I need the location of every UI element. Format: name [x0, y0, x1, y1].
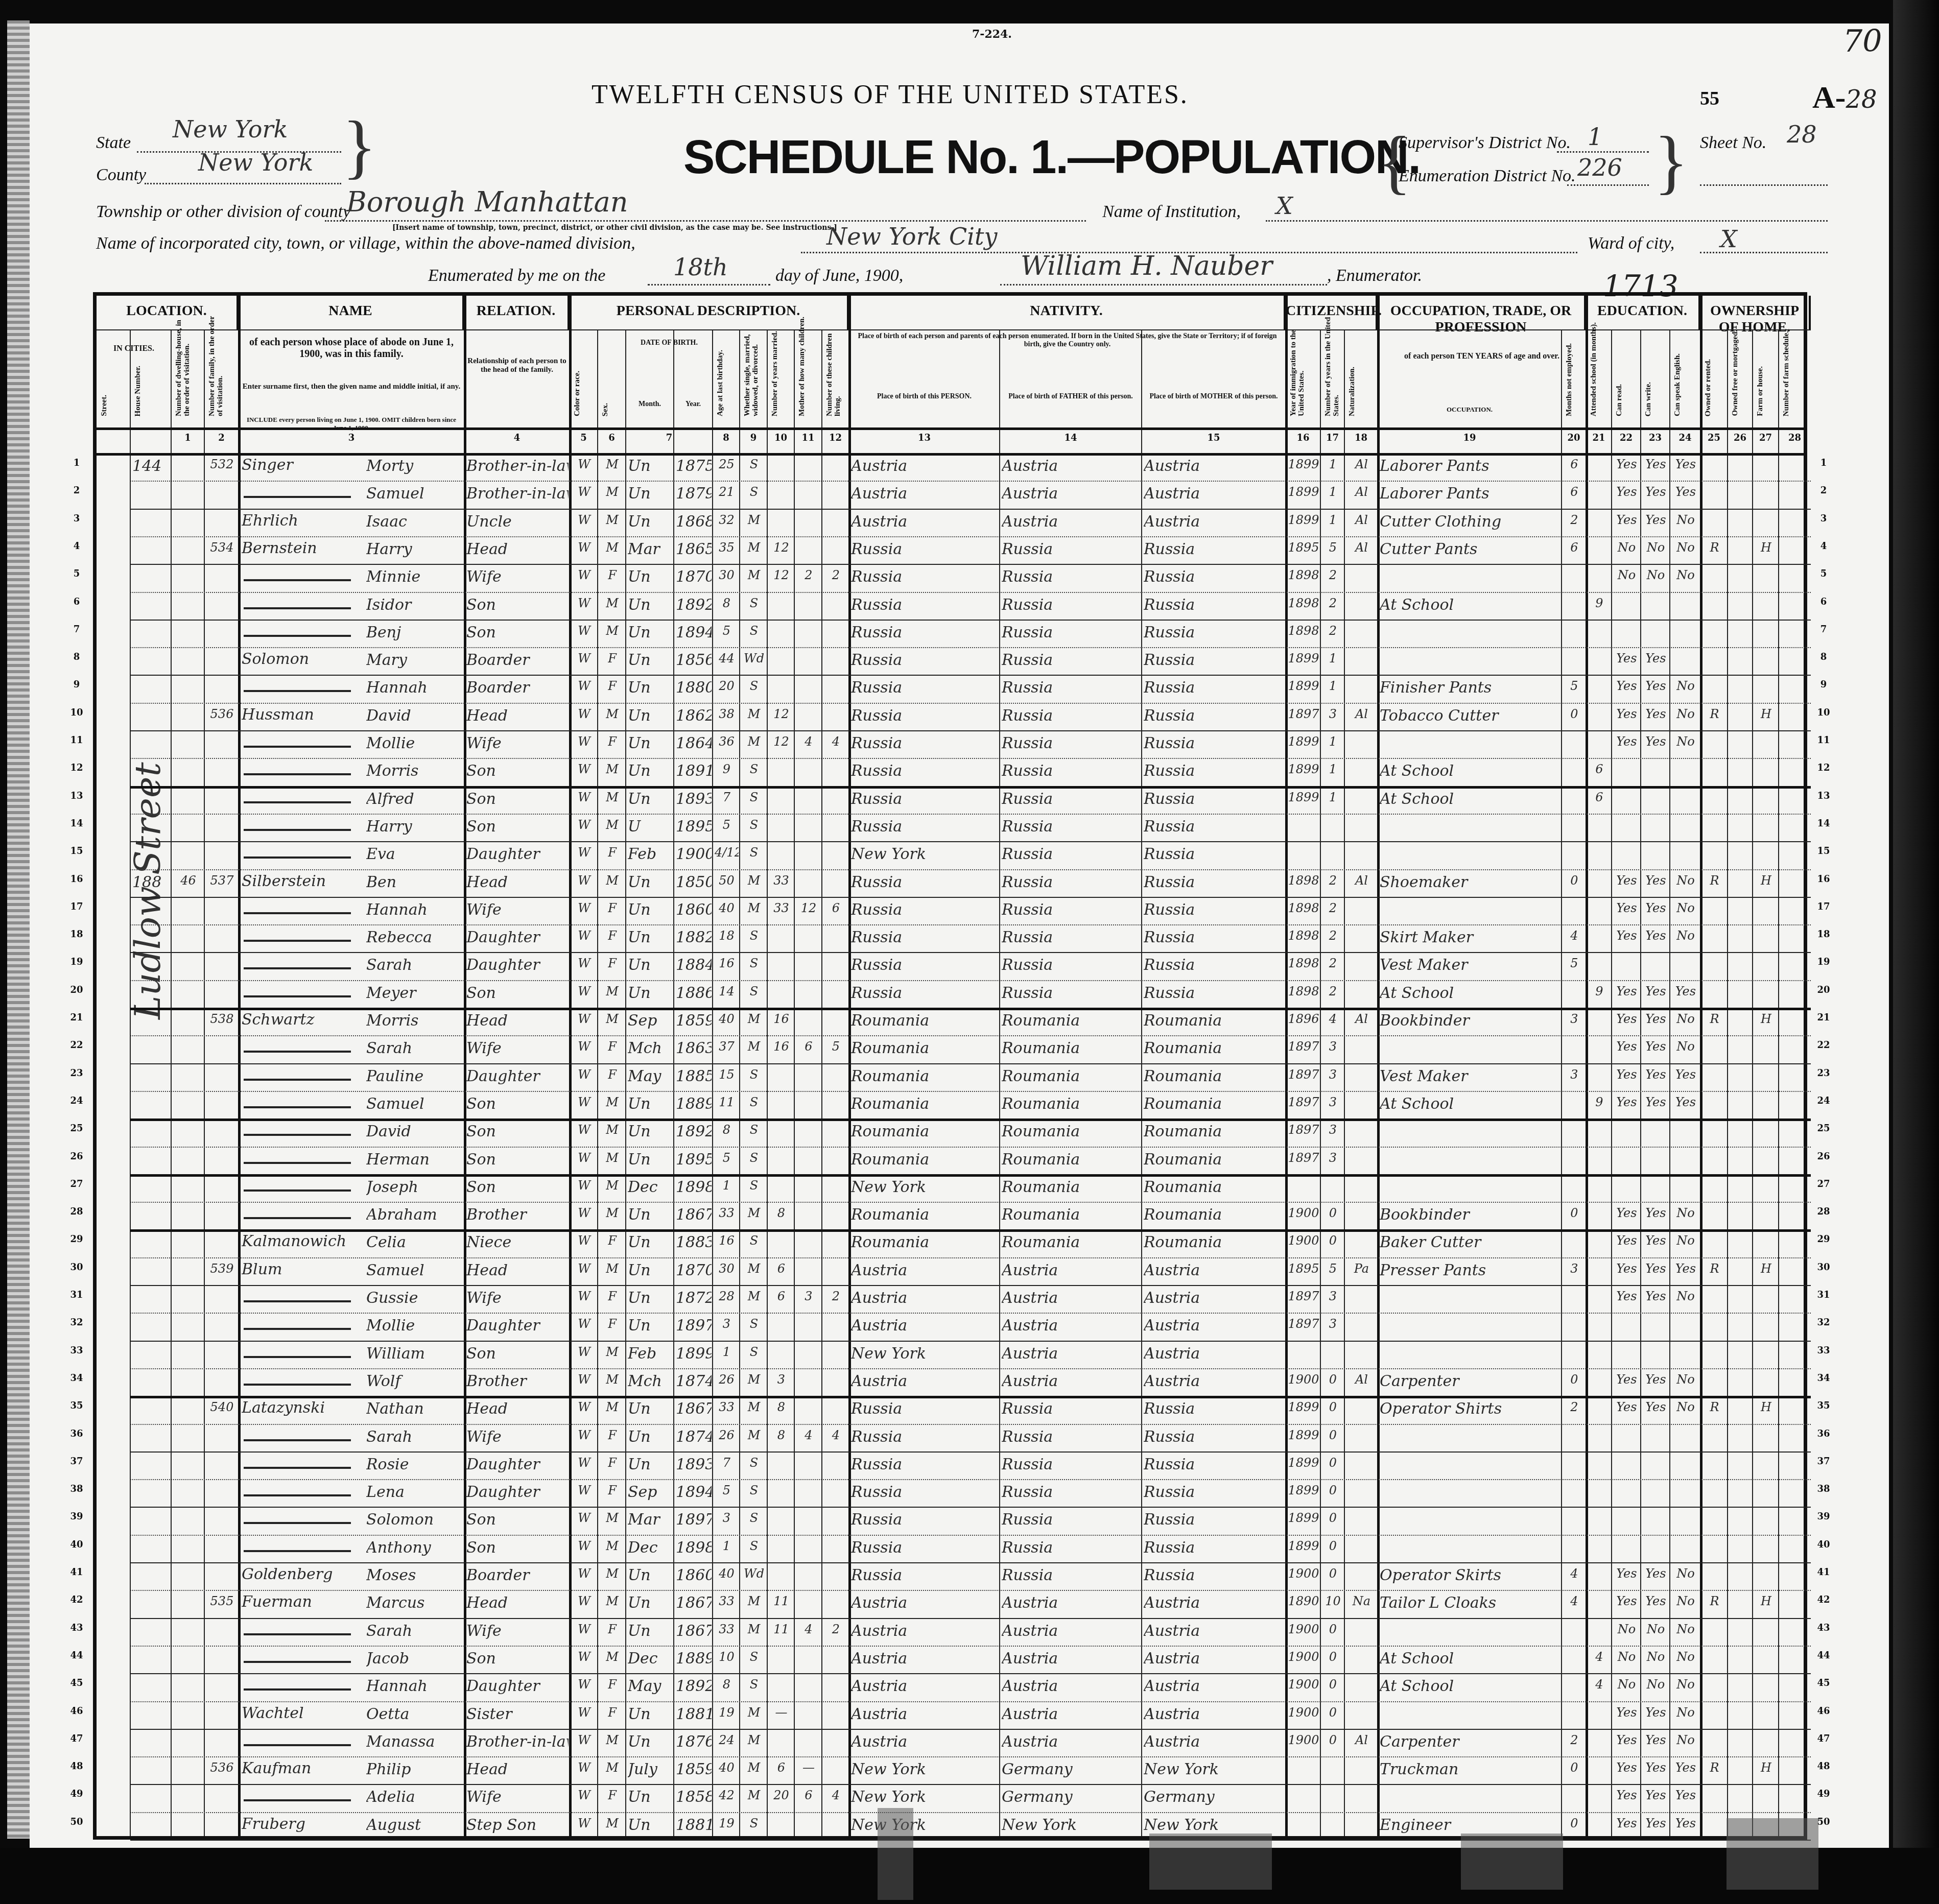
- column-number: 11: [794, 433, 822, 443]
- cell-given-name: Isidor: [366, 596, 463, 614]
- page-binding-edge: [7, 20, 30, 1839]
- surname-ditto-dash: [244, 967, 351, 969]
- cell-given-name: Philip: [366, 1760, 463, 1778]
- cell-col: W: [572, 873, 597, 888]
- cell-cl: 5: [824, 1039, 848, 1054]
- cell-bf: Austria: [1002, 457, 1141, 475]
- cell-rd: Yes: [1614, 901, 1640, 915]
- cell-yus: 1: [1322, 734, 1343, 749]
- table-row[interactable]: SonWMUn188614SRussiaRussiaRussia18982At …: [97, 980, 1804, 1008]
- table-row[interactable]: DaughterWFMay18928SAustriaAustriaAustria…: [97, 1673, 1804, 1701]
- table-row[interactable]: SonWMMar18973SRussiaRussiaRussia18990Sol…: [97, 1507, 1804, 1534]
- cell-col: W: [572, 1095, 597, 1109]
- cell-en: No: [1672, 1733, 1699, 1747]
- row-number: 27: [1813, 1179, 1834, 1189]
- table-row[interactable]: 538HeadWMSep185940M16RoumaniaRoumaniaRou…: [97, 1008, 1804, 1035]
- cell-surname: Blum: [242, 1260, 359, 1278]
- cell-given-name: Pauline: [366, 1067, 463, 1085]
- column-header-own: Owned or rented.: [1705, 359, 1723, 416]
- table-row[interactable]: WifeWFUn187426M844RussiaRussiaRussia1899…: [97, 1424, 1804, 1451]
- table-row[interactable]: DaughterWFMay188515SRoumaniaRoumaniaRoum…: [97, 1063, 1804, 1091]
- table-row[interactable]: 539HeadWMUn187030M6AustriaAustriaAustria…: [97, 1257, 1804, 1285]
- row-number: 46: [1813, 1706, 1834, 1717]
- birth-mother-header: Place of birth of MOTHER of this person.: [1145, 393, 1283, 401]
- cell-given-name: Morty: [366, 457, 463, 475]
- cell-mo: Feb: [628, 845, 673, 863]
- cell-yr: 1860: [676, 901, 712, 919]
- cell-rd: Yes: [1614, 1012, 1640, 1026]
- table-row[interactable]: SonWMUn18937SRussiaRussiaRussia18991At S…: [97, 786, 1804, 814]
- cell-surname: Kaufman: [242, 1759, 359, 1777]
- row-number: 9: [66, 679, 87, 690]
- cell-rd: Yes: [1614, 1206, 1640, 1220]
- cell-bm: Russia: [1144, 1456, 1285, 1473]
- cell-imm: 1899: [1288, 679, 1319, 693]
- cell-imm: 1899: [1288, 485, 1319, 499]
- cell-sch: 9: [1588, 1095, 1611, 1109]
- cell-age: 40: [715, 1566, 739, 1581]
- cell-age: 16: [715, 1233, 739, 1248]
- cell-age: 3: [715, 1511, 739, 1525]
- table-row[interactable]: SonWMFeb18991SNew YorkAustriaAustriaWill…: [97, 1341, 1804, 1368]
- cell-sex: M: [600, 1151, 625, 1165]
- cell-yr: 1894: [676, 624, 712, 641]
- cell-imm: 1895: [1288, 1262, 1319, 1276]
- cell-surname: Hussman: [242, 706, 359, 724]
- table-row[interactable]: DaughterWFUn188218SRussiaRussiaRussia189…: [97, 924, 1804, 952]
- cell-yus: 1: [1322, 485, 1343, 499]
- column-number: 27: [1753, 433, 1779, 443]
- cell-rel: Son: [466, 790, 569, 808]
- cell-bm: Roumania: [1144, 1067, 1285, 1085]
- cell-mo: Un: [628, 596, 673, 614]
- cell-ym: 6: [769, 1760, 793, 1775]
- cell-rel: Head: [466, 1400, 569, 1418]
- table-row[interactable]: DaughterWFFeb19004/12SNew YorkRussiaRuss…: [97, 841, 1804, 869]
- cell-bf: Russia: [1002, 540, 1141, 558]
- sheet-label: Sheet No.: [1700, 133, 1766, 153]
- cell-rel: Niece: [466, 1233, 569, 1251]
- cell-ms: S: [742, 1233, 766, 1248]
- cell-given-name: Lena: [366, 1483, 463, 1501]
- cell-yus: 0: [1322, 1733, 1343, 1747]
- row-number: 17: [1813, 901, 1834, 912]
- cell-nat: Al: [1346, 1372, 1377, 1387]
- table-row[interactable]: SonWMUn18955SRoumaniaRoumaniaRoumania189…: [97, 1147, 1804, 1174]
- column-header-age: Age at last birthday.: [717, 350, 736, 416]
- cell-given-name: August: [366, 1816, 463, 1834]
- surname-ditto-dash: [244, 1522, 351, 1524]
- table-row[interactable]: SonWMUn18928SRoumaniaRoumaniaRoumania189…: [97, 1118, 1804, 1146]
- month-header: Month.: [629, 400, 671, 409]
- column-group-header: RELATION.: [464, 296, 570, 329]
- cell-col: W: [572, 929, 597, 943]
- enumerated-suffix: day of June, 1900,: [775, 266, 903, 285]
- cell-yr: 1860: [676, 1566, 712, 1584]
- row-number: 44: [66, 1650, 87, 1661]
- cell-sch: 9: [1588, 984, 1611, 998]
- district-brace-right: }: [1654, 121, 1688, 203]
- row-number: 8: [66, 652, 87, 662]
- cell-col: W: [572, 1539, 597, 1553]
- table-row[interactable]: DaughterWFUn18937SRussiaRussiaRussia1899…: [97, 1451, 1804, 1479]
- cell-wr: No: [1643, 540, 1669, 555]
- township-line: [325, 220, 1086, 222]
- row-number: 21: [1813, 1012, 1834, 1023]
- cell-given-name: William: [366, 1345, 463, 1363]
- cell-imm: 1899: [1288, 1511, 1319, 1525]
- row-number: 28: [1813, 1206, 1834, 1217]
- surname-ditto-dash: [244, 1106, 351, 1108]
- table-row[interactable]: DaughterWFUn188416SRussiaRussiaRussia189…: [97, 952, 1804, 980]
- cell-given-name: Hannah: [366, 1677, 463, 1695]
- cell-ym: 3: [769, 1372, 793, 1387]
- cell-given-name: Manassa: [366, 1733, 463, 1751]
- cell-yus: 2: [1322, 596, 1343, 610]
- cell-yr: 1895: [676, 1151, 712, 1169]
- table-row[interactable]: WifeWFUn187030M1222RussiaRussiaRussia189…: [97, 564, 1804, 591]
- table-row[interactable]: SonWMDec188910SAustriaAustriaAustria1900…: [97, 1646, 1804, 1673]
- cell-own: R: [1702, 540, 1727, 555]
- table-row[interactable]: Brother-in-lawWMUn187624MAustriaAustriaA…: [97, 1729, 1804, 1756]
- cell-rd: Yes: [1614, 1372, 1640, 1387]
- cell-mo: Un: [628, 734, 673, 752]
- column-header-sex: Sex.: [602, 403, 622, 416]
- cell-rd: Yes: [1614, 929, 1640, 943]
- row-number: 37: [66, 1456, 87, 1467]
- surname-ditto-dash: [244, 746, 351, 748]
- name-instruction: Enter surname first, then the given name…: [242, 383, 461, 391]
- cell-given-name: Celia: [366, 1233, 463, 1251]
- cell-wr: Yes: [1643, 1067, 1669, 1082]
- cell-wr: Yes: [1643, 984, 1669, 998]
- table-row[interactable]: 144532Brother-in-lawWMUn187525SAustriaAu…: [97, 453, 1804, 481]
- row-number: 33: [1813, 1345, 1834, 1356]
- cell-rel: Son: [466, 1178, 569, 1196]
- cell-bm: Austria: [1144, 1650, 1285, 1668]
- table-row[interactable]: SonWMUn18945SRussiaRussiaRussia18982Benj: [97, 620, 1804, 647]
- cell-mo: Mch: [628, 1039, 673, 1057]
- cell-given-name: Herman: [366, 1151, 463, 1169]
- cell-ym: 16: [769, 1012, 793, 1026]
- cell-rel: Daughter: [466, 1677, 569, 1695]
- cell-rd: Yes: [1614, 1733, 1640, 1747]
- cell-en: No: [1672, 679, 1699, 693]
- cell-sex: M: [600, 1400, 625, 1414]
- table-row[interactable]: 536HeadWMJuly185940M6—New YorkGermanyNew…: [97, 1756, 1804, 1784]
- table-row[interactable]: WifeWFMch186337M1665RoumaniaRoumaniaRoum…: [97, 1035, 1804, 1063]
- row-number: 18: [66, 929, 87, 940]
- cell-ms: M: [742, 1705, 766, 1720]
- name-description: of each person whose place of abode on J…: [242, 337, 461, 360]
- column-number: 8: [713, 433, 740, 443]
- table-row[interactable]: SonWMUn18919SRussiaRussiaRussia18991At S…: [97, 758, 1804, 786]
- table-row[interactable]: DaughterWFSep18945SRussiaRussiaRussia189…: [97, 1479, 1804, 1507]
- cell-imm: 1899: [1288, 457, 1319, 471]
- table-row[interactable]: WifeWFUn186040M33126RussiaRussiaRussia18…: [97, 897, 1804, 924]
- cell-cl: 6: [824, 901, 848, 915]
- table-row[interactable]: Brother-in-lawWMUn187921SAustriaAustriaA…: [97, 481, 1804, 508]
- cell-ms: M: [742, 873, 766, 888]
- cell-sex: M: [600, 1566, 625, 1581]
- cell-yus: 3: [1322, 707, 1343, 721]
- table-row[interactable]: SisterWFUn188119M—AustriaAustriaAustria1…: [97, 1701, 1804, 1729]
- cell-given-name: Samuel: [366, 485, 463, 503]
- cell-sex: F: [600, 1677, 625, 1692]
- cell-mo: Un: [628, 929, 673, 946]
- cell-age: 21: [715, 485, 739, 499]
- table-row[interactable]: 534HeadWMMar186535M12RussiaRussiaRussia1…: [97, 536, 1804, 564]
- cell-bf: Austria: [1002, 1705, 1141, 1723]
- cell-yr: 1892: [676, 1123, 712, 1140]
- cell-cl: 2: [824, 1622, 848, 1636]
- cell-col: W: [572, 1317, 597, 1331]
- cell-imm: 1897: [1288, 1317, 1319, 1331]
- table-row[interactable]: 540HeadWMUn186733M8RussiaRussiaRussia189…: [97, 1396, 1804, 1423]
- table-row[interactable]: BrotherWMUn186733M8RoumaniaRoumaniaRouma…: [97, 1202, 1804, 1229]
- row-number: 24: [1813, 1096, 1834, 1106]
- birth-person-header: Place of birth of this PERSON.: [852, 393, 997, 401]
- cell-sex: F: [600, 1039, 625, 1054]
- cell-yr: 1885: [676, 1067, 712, 1085]
- table-row[interactable]: BoarderWMUn186040WdRussiaRussiaRussia190…: [97, 1562, 1804, 1590]
- table-row[interactable]: SonWMUn188911SRoumaniaRoumaniaRoumania18…: [97, 1091, 1804, 1118]
- cell-rel: Son: [466, 596, 569, 614]
- cell-col: W: [572, 762, 597, 776]
- table-row[interactable]: DaughterWFUn18973SAustriaAustriaAustria1…: [97, 1313, 1804, 1340]
- cell-yus: 2: [1322, 568, 1343, 582]
- cell-rel: Son: [466, 1095, 569, 1113]
- cell-mo: Un: [628, 1289, 673, 1307]
- row-number: 41: [1813, 1567, 1834, 1578]
- cell-sex: F: [600, 734, 625, 749]
- cell-ms: M: [742, 1372, 766, 1387]
- cell-bp: Russia: [851, 901, 999, 919]
- cell-mu: 5: [1564, 956, 1585, 970]
- cell-sex: M: [600, 1511, 625, 1525]
- row-number: 34: [1813, 1373, 1834, 1384]
- cell-ym: —: [769, 1705, 793, 1720]
- row-number: 31: [1813, 1290, 1834, 1300]
- cell-rel: Head: [466, 707, 569, 725]
- cell-imm: 1899: [1288, 734, 1319, 749]
- table-row[interactable]: BrotherWMMch187426M3AustriaAustriaAustri…: [97, 1368, 1804, 1396]
- cell-yr: 1859: [676, 1760, 712, 1778]
- cell-mo: Sep: [628, 1012, 673, 1030]
- table-row[interactable]: SonWMU18955SRussiaRussiaRussiaHarry: [97, 814, 1804, 841]
- table-row[interactable]: 535HeadWMUn186733M11AustriaAustriaAustri…: [97, 1590, 1804, 1617]
- cell-given-name: Sarah: [366, 1622, 463, 1640]
- cell-col: W: [572, 1760, 597, 1775]
- row-number: 3: [66, 513, 87, 524]
- column-number: 1: [171, 433, 204, 443]
- cell-given-name: Mollie: [366, 734, 463, 752]
- cell-mo: Mar: [628, 540, 673, 558]
- cell-bp: New York: [851, 1178, 999, 1196]
- cell-rd: No: [1614, 540, 1640, 555]
- column-number: 28: [1779, 433, 1811, 443]
- cell-bm: Russia: [1144, 1483, 1285, 1501]
- cell-en: No: [1672, 513, 1699, 527]
- cell-rel: Son: [466, 1539, 569, 1557]
- cell-imm: 1899: [1288, 651, 1319, 665]
- surname-ditto-dash: [244, 829, 351, 831]
- cell-rel: Wife: [466, 568, 569, 586]
- cell-wr: Yes: [1643, 485, 1669, 499]
- row-number: 5: [66, 568, 87, 579]
- cell-imm: 1899: [1288, 1539, 1319, 1553]
- table-row[interactable]: NieceWFUn188316SRoumaniaRoumaniaRoumania…: [97, 1229, 1804, 1257]
- surname-ditto-dash: [244, 1162, 351, 1164]
- cell-occ: At School: [1380, 1677, 1560, 1695]
- cell-wr: Yes: [1643, 1816, 1669, 1830]
- row-number: 9: [1813, 679, 1834, 690]
- column-number: 25: [1700, 433, 1728, 443]
- cell-ms: M: [742, 1012, 766, 1026]
- cell-yr: 1891: [676, 762, 712, 780]
- row-number: 49: [1813, 1789, 1834, 1799]
- table-row[interactable]: SonWMDec18981SRussiaRussiaRussia18990Ant…: [97, 1535, 1804, 1562]
- cell-en: No: [1672, 1372, 1699, 1387]
- cell-age: 5: [715, 1483, 739, 1497]
- row-number: 4: [1813, 541, 1834, 552]
- table-row[interactable]: WifeWFUn186733M1142AustriaAustriaAustria…: [97, 1618, 1804, 1646]
- row-number: 18: [1813, 929, 1834, 940]
- cell-imm: 1900: [1288, 1622, 1319, 1636]
- in-cities-header: IN CITIES.: [100, 344, 168, 353]
- cell-yus: 0: [1322, 1566, 1343, 1581]
- table-row[interactable]: BoarderWFUn188020SRussiaRussiaRussia1899…: [97, 675, 1804, 702]
- cell-sex: M: [600, 457, 625, 471]
- cell-nat: Al: [1346, 485, 1377, 499]
- row-number: 15: [1813, 846, 1834, 856]
- cell-col: W: [572, 1289, 597, 1303]
- cell-ym: 6: [769, 1289, 793, 1303]
- cell-bm: Russia: [1144, 1428, 1285, 1446]
- row-number: 21: [66, 1012, 87, 1023]
- cell-sex: M: [600, 540, 625, 555]
- cell-age: 33: [715, 1622, 739, 1636]
- cell-own: R: [1702, 1400, 1727, 1414]
- cell-bf: New York: [1002, 1816, 1141, 1834]
- cell-rd: Yes: [1614, 1400, 1640, 1414]
- cell-mu: 6: [1564, 485, 1585, 499]
- cell-en: Yes: [1672, 1067, 1699, 1082]
- cell-imm: 1897: [1288, 1151, 1319, 1165]
- cell-rel: Brother: [466, 1372, 569, 1390]
- cell-moc: 2: [796, 568, 821, 582]
- cell-mo: Un: [628, 790, 673, 808]
- cell-bm: Russia: [1144, 818, 1285, 836]
- cell-given-name: Meyer: [366, 984, 463, 1002]
- cell-sex: F: [600, 679, 625, 693]
- ward-line: [1700, 252, 1828, 253]
- cell-bp: Austria: [851, 1622, 999, 1640]
- cell-ym: 8: [769, 1206, 793, 1220]
- cell-bm: Russia: [1144, 734, 1285, 752]
- cell-ms: M: [742, 1289, 766, 1303]
- cell-yr: 1897: [676, 1317, 712, 1335]
- cell-col: W: [572, 1677, 597, 1692]
- cell-sex: M: [600, 873, 625, 888]
- cell-yus: 3: [1322, 1039, 1343, 1054]
- table-row[interactable]: WifeWFUn187228M632AustriaAustriaAustria1…: [97, 1285, 1804, 1313]
- table-row[interactable]: WifeWFUn185842M2064New YorkGermanyGerman…: [97, 1784, 1804, 1812]
- cell-moc: 4: [796, 734, 821, 749]
- table-row[interactable]: SonWMDec18981SNew YorkRoumaniaRoumaniaJo…: [97, 1174, 1804, 1202]
- table-row[interactable]: 18846537HeadWMUn185050M33RussiaRussiaRus…: [97, 869, 1804, 897]
- cell-nat: Na: [1346, 1594, 1377, 1608]
- cell-occ: Tobacco Cutter: [1380, 707, 1560, 725]
- cell-age: 1: [715, 1178, 739, 1193]
- table-row[interactable]: 536HeadWMUn186238M12RussiaRussiaRussia18…: [97, 703, 1804, 730]
- cell-imm: 1897: [1288, 1095, 1319, 1109]
- column-number: 12: [822, 433, 849, 443]
- cell-sex: F: [600, 845, 625, 860]
- cell-yr: 1872: [676, 1289, 712, 1307]
- table-row[interactable]: BoarderWFUn185644WdRussiaRussiaRussia189…: [97, 647, 1804, 675]
- cell-rel: Brother-in-law: [466, 457, 569, 475]
- cell-bf: Roumania: [1002, 1233, 1141, 1251]
- cell-fam: 539: [206, 1262, 238, 1276]
- row-number: 50: [66, 1817, 87, 1827]
- cell-col: W: [572, 679, 597, 693]
- cell-yus: 1: [1322, 790, 1343, 804]
- cell-given-name: Morris: [366, 1012, 463, 1030]
- cell-age: 5: [715, 818, 739, 832]
- cell-age: 32: [715, 513, 739, 527]
- cell-given-name: Nathan: [366, 1400, 463, 1418]
- cell-rel: Son: [466, 818, 569, 836]
- state-value: New York: [173, 115, 288, 143]
- cell-sex: M: [600, 1012, 625, 1026]
- cell-rd: No: [1614, 1677, 1640, 1692]
- cell-wr: No: [1643, 568, 1669, 582]
- table-row[interactable]: WifeWFUn186436M1244RussiaRussiaRussia189…: [97, 730, 1804, 758]
- cell-bp: Austria: [851, 1594, 999, 1612]
- cell-yr: 1900: [676, 845, 712, 863]
- cell-col: W: [572, 984, 597, 998]
- table-row[interactable]: UncleWMUn186832MAustriaAustriaAustria189…: [97, 509, 1804, 536]
- cell-ms: S: [742, 1456, 766, 1470]
- surname-ditto-dash: [244, 773, 351, 775]
- row-number: 11: [1813, 735, 1834, 746]
- table-row[interactable]: SonWMUn18928SRussiaRussiaRussia18982At S…: [97, 592, 1804, 620]
- form-number: 7-224.: [972, 28, 1012, 41]
- cell-rel: Son: [466, 1345, 569, 1363]
- cell-ms: S: [742, 1650, 766, 1664]
- cell-bp: Russia: [851, 818, 999, 836]
- cell-surname: Singer: [242, 456, 359, 474]
- cell-fam: 538: [206, 1012, 238, 1026]
- cell-wr: No: [1643, 1622, 1669, 1636]
- cell-sex: M: [600, 1178, 625, 1193]
- cell-ms: S: [742, 457, 766, 471]
- supervisor-label: Supervisor's District No.: [1399, 133, 1571, 153]
- column-number: 17: [1320, 433, 1344, 443]
- cell-age: 10: [715, 1650, 739, 1664]
- ed-value: 226: [1577, 154, 1622, 181]
- cell-bf: Russia: [1002, 707, 1141, 725]
- cell-sex: M: [600, 1650, 625, 1664]
- row-number: 5: [1813, 568, 1834, 579]
- cell-bf: Russia: [1002, 845, 1141, 863]
- cell-rd: Yes: [1614, 1760, 1640, 1775]
- cell-yr: 1867: [676, 1206, 712, 1224]
- cell-bf: Russia: [1002, 1400, 1141, 1418]
- column-number: 19: [1378, 433, 1562, 443]
- row-number: 47: [1813, 1733, 1834, 1744]
